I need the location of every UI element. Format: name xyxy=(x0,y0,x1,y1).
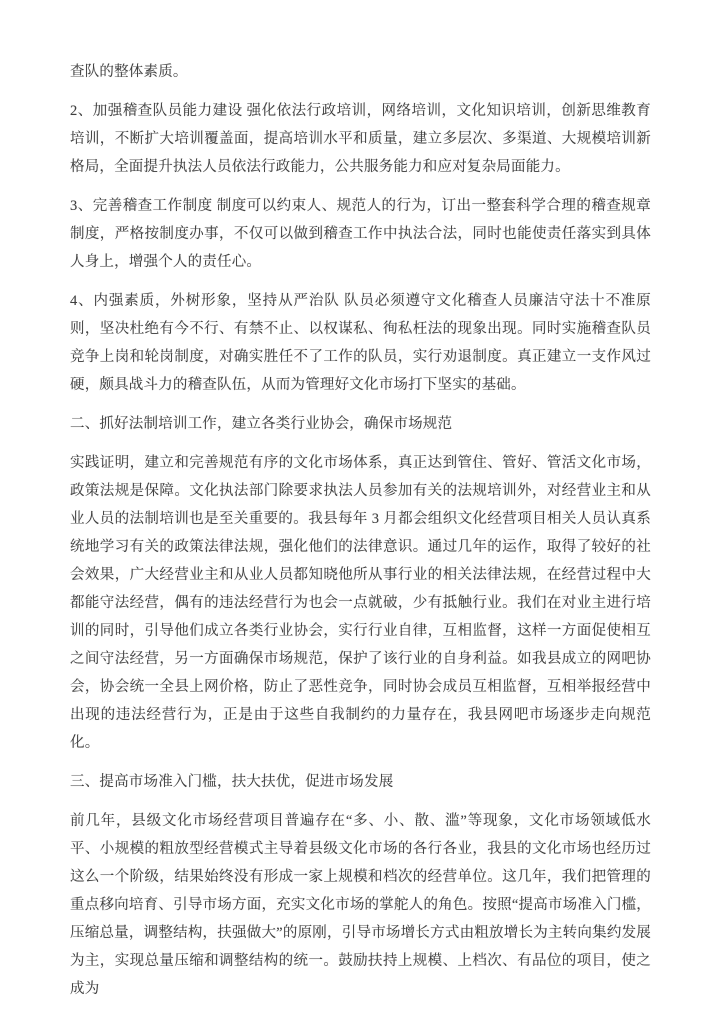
paragraph-point-2: 2、加强稽查队员能力建设 强化依法行政培训，网络培训，文化知识培训，创新思维教育… xyxy=(70,97,651,181)
document-page: 查队的整体素质。 2、加强稽查队员能力建设 强化依法行政培训，网络培训，文化知识… xyxy=(0,0,720,1018)
paragraph-section-2-body: 实践证明，建立和完善规范有序的文化市场体系，真正达到管住、管好、管活文化市场，政… xyxy=(70,449,651,757)
paragraph-point-3: 3、完善稽查工作制度 制度可以约束人、规范人的行为，订出一整套科学合理的稽查规章… xyxy=(70,192,651,276)
paragraph-continuation: 查队的整体素质。 xyxy=(70,58,651,86)
paragraph-point-4: 4、内强素质，外树形象，坚持从严治队 队员必须遵守文化稽查人员廉洁守法十不准原则… xyxy=(70,287,651,399)
section-heading-3: 三、提高市场准入门槛，扶大扶优，促进市场发展 xyxy=(70,768,651,796)
paragraph-section-3-body: 前几年，县级文化市场经营项目普遍存在“多、小、散、滥”等现象，文化市场领域低水平… xyxy=(70,807,651,1003)
section-heading-2: 二、抓好法制培训工作，建立各类行业协会，确保市场规范 xyxy=(70,410,651,438)
